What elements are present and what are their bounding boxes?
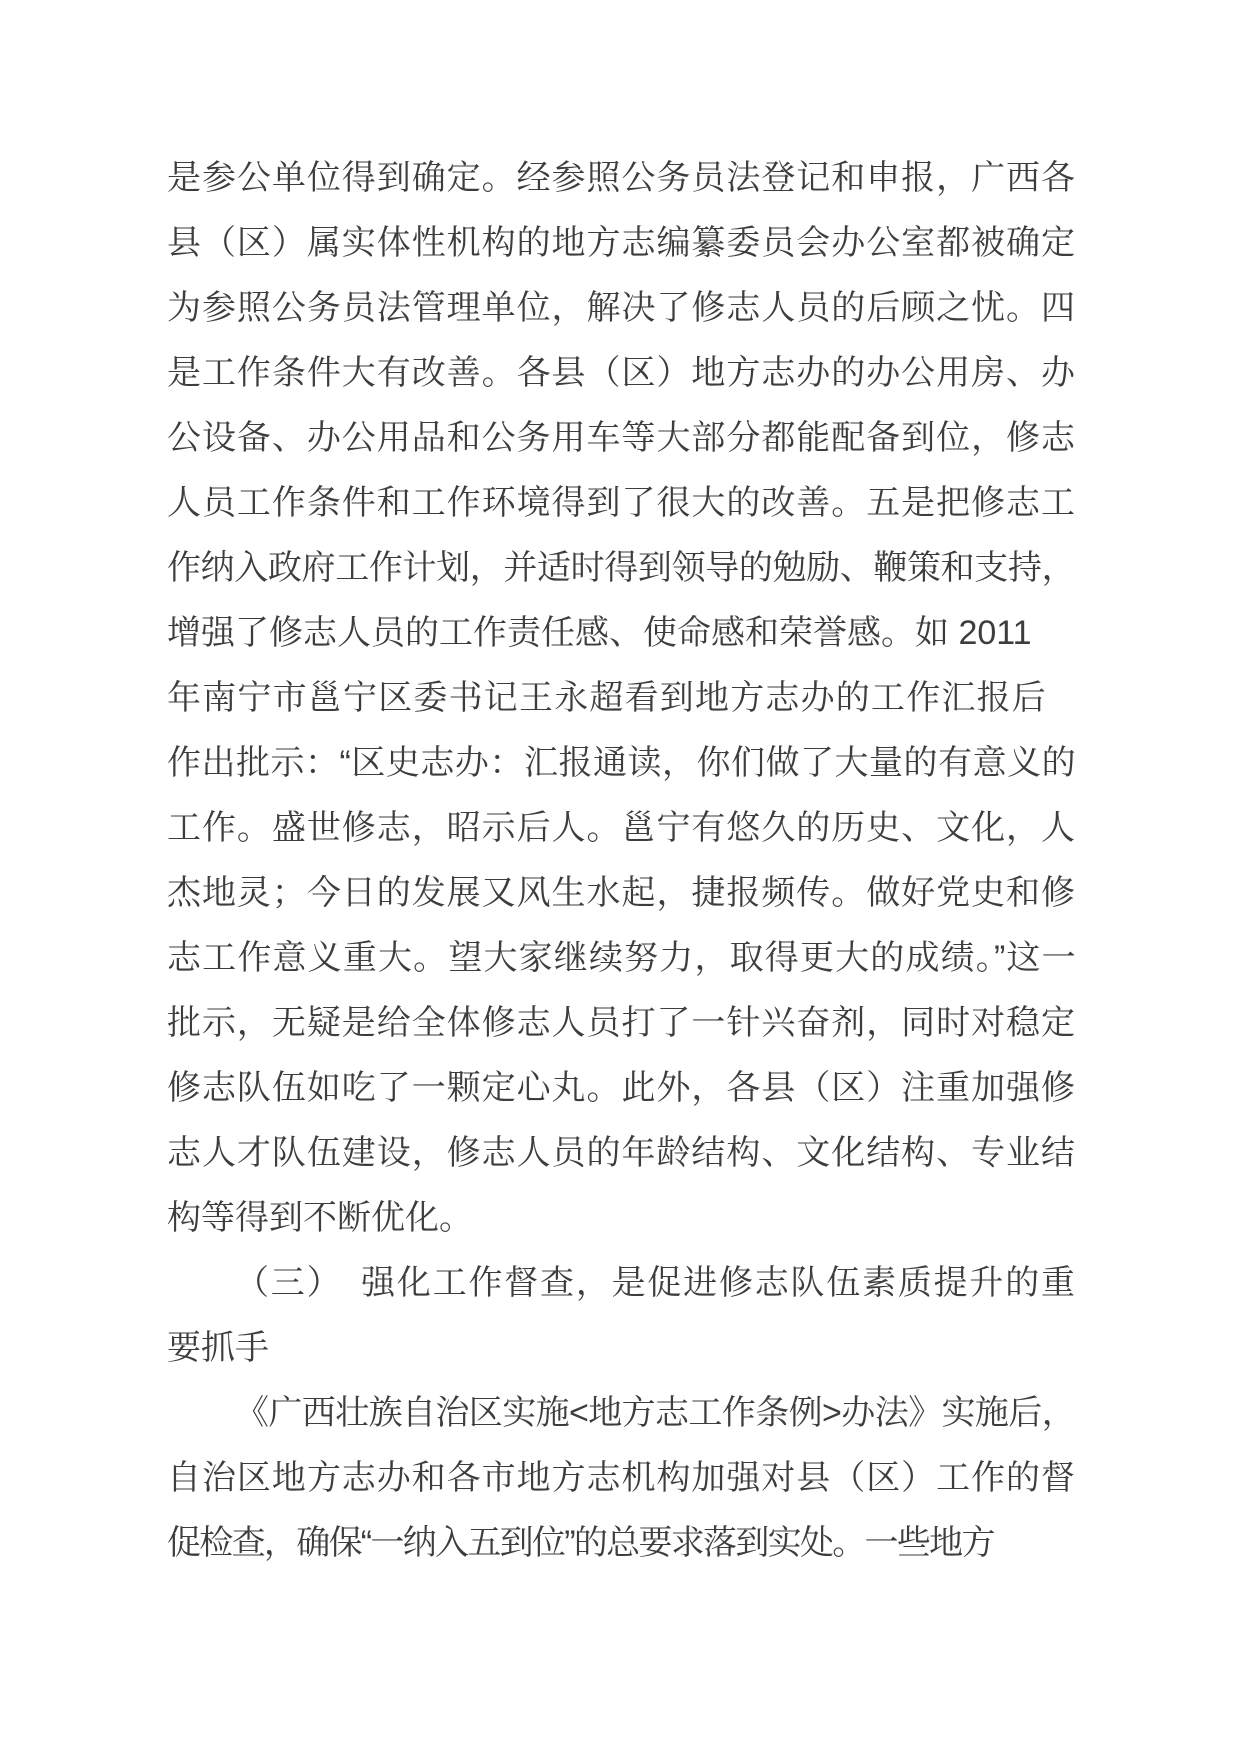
text-line: 促检查，确保“一纳入五到位”的总要求落到实处。一些地方 (167, 1511, 1075, 1576)
text-line: 作出批示：“区史志办：汇报通读，你们做了大量的有意义的 (167, 731, 1075, 796)
heading-line: （三） 强化工作督查，是促进修志队伍素质提升的重 (167, 1251, 1075, 1316)
text-line: 年南宁市邕宁区委书记王永超看到地方志办的工作汇报后 (167, 666, 1075, 731)
text-line: 志工作意义重大。望大家继续努力，取得更大的成绩。”这一 (167, 926, 1075, 991)
body-paragraph-continued: 是参公单位得到确定。经参照公务员法登记和申报，广西各 县（区）属实体性机构的地方… (167, 146, 1075, 1251)
text-line: 作纳入政府工作计划，并适时得到领导的勉励、鞭策和支持， (167, 536, 1075, 601)
document-page: 是参公单位得到确定。经参照公务员法登记和申报，广西各 县（区）属实体性机构的地方… (0, 0, 1241, 1755)
text-line: 修志队伍如吃了一颗定心丸。此外，各县（区）注重加强修 (167, 1056, 1075, 1121)
text-line: 增强了修志人员的工作责任感、使命感和荣誉感。如 2011 (167, 601, 1075, 666)
text-line: 县（区）属实体性机构的地方志编纂委员会办公室都被确定 (167, 211, 1075, 276)
text-line: 批示，无疑是给全体修志人员打了一针兴奋剂，同时对稳定 (167, 991, 1075, 1056)
text-line: 构等得到不断优化。 (167, 1186, 1075, 1251)
text-line: 工作。盛世修志，昭示后人。邕宁有悠久的历史、文化，人 (167, 796, 1075, 861)
text-line: 是工作条件大有改善。各县（区）地方志办的办公用房、办 (167, 341, 1075, 406)
text-line: 杰地灵；今日的发展又风生水起，捷报频传。做好党史和修 (167, 861, 1075, 926)
text-line: 人员工作条件和工作环境得到了很大的改善。五是把修志工 (167, 471, 1075, 536)
text-line: 志人才队伍建设，修志人员的年龄结构、文化结构、专业结 (167, 1121, 1075, 1186)
heading-line: 要抓手 (167, 1316, 1075, 1381)
text-line: 公设备、办公用品和公务用车等大部分都能配备到位，修志 (167, 406, 1075, 471)
body-paragraph: 《广西壮族自治区实施<地方志工作条例>办法》实施后， 自治区地方志办和各市地方志… (167, 1381, 1075, 1576)
text-line: 自治区地方志办和各市地方志机构加强对县（区）工作的督 (167, 1446, 1075, 1511)
section-heading: （三） 强化工作督查，是促进修志队伍素质提升的重 要抓手 (167, 1251, 1075, 1381)
document-text: 是参公单位得到确定。经参照公务员法登记和申报，广西各 县（区）属实体性机构的地方… (167, 146, 1075, 1576)
text-line: 《广西壮族自治区实施<地方志工作条例>办法》实施后， (167, 1381, 1075, 1446)
text-line: 是参公单位得到确定。经参照公务员法登记和申报，广西各 (167, 146, 1075, 211)
text-line: 为参照公务员法管理单位，解决了修志人员的后顾之忧。四 (167, 276, 1075, 341)
